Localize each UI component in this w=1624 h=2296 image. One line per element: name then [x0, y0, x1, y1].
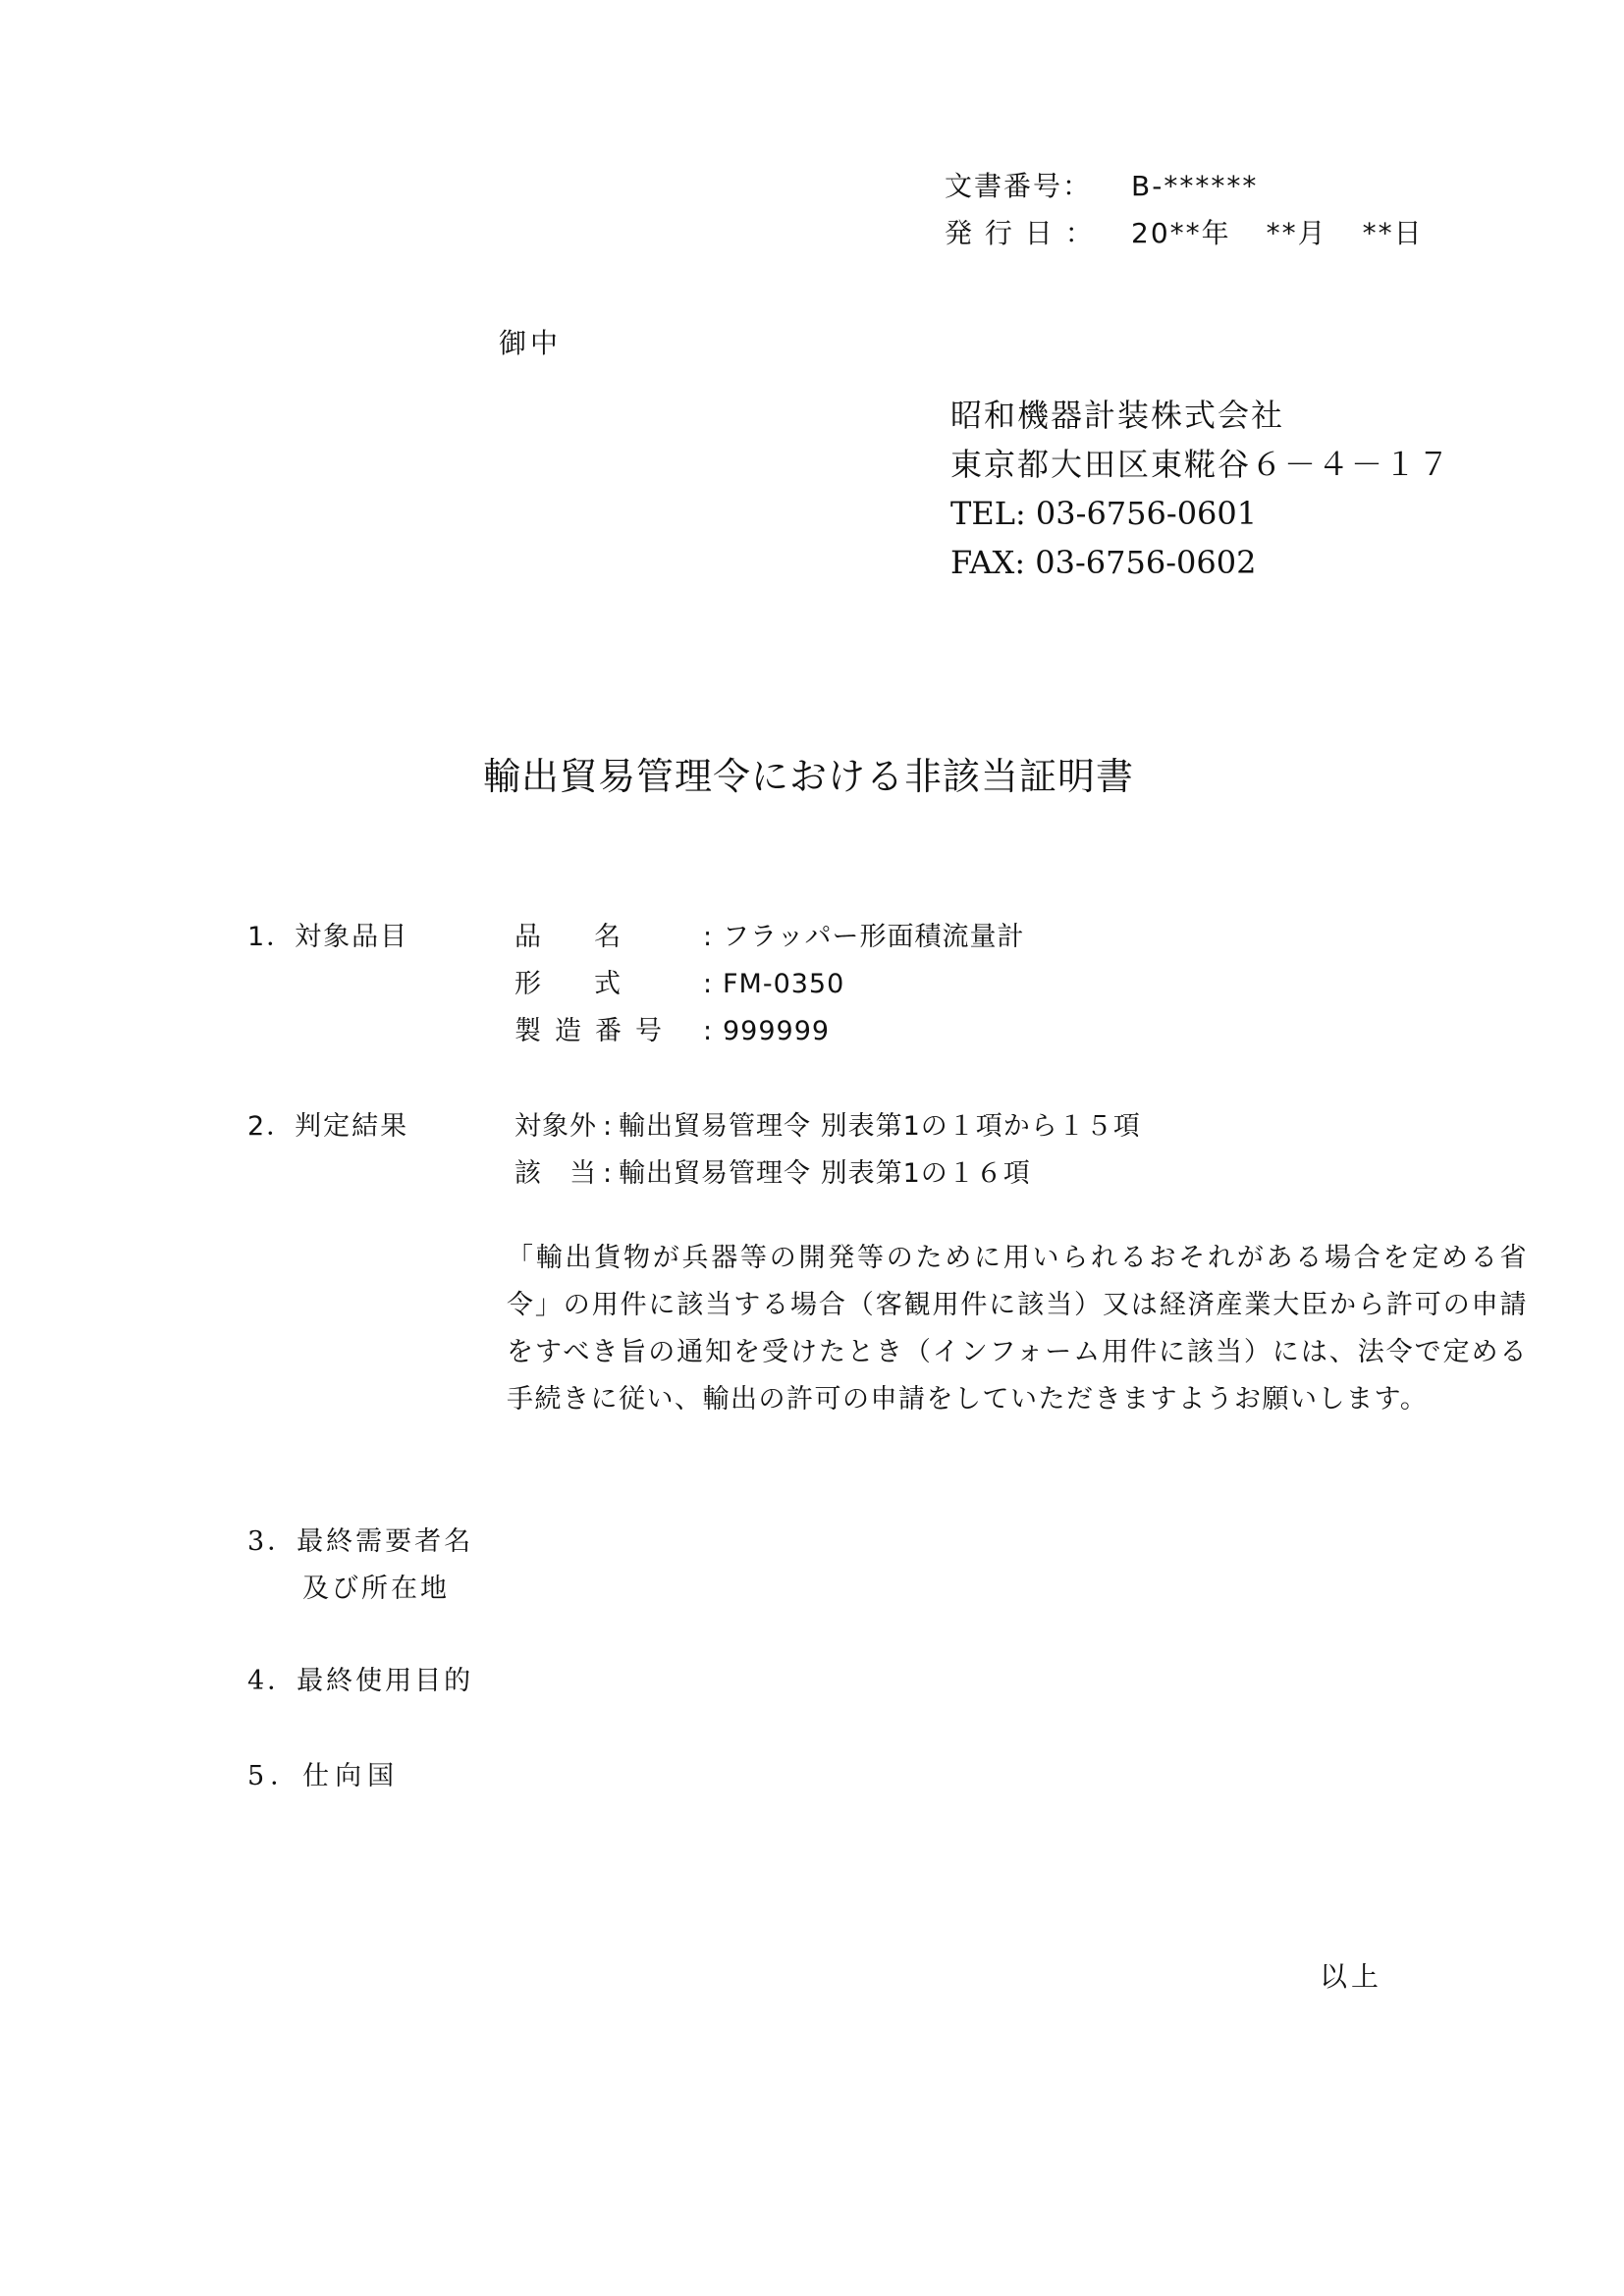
result-applicable: 該 当:輸出貿易管理令 別表第1の１６項 [514, 1151, 1031, 1190]
section-5-label: 5．仕向国 [247, 1754, 400, 1792]
section-1-label: 1．対象品目 [247, 915, 408, 953]
document-number-row: 文書番号：B-****** [945, 165, 1258, 204]
issue-date-label: 発 行 日 ： [945, 212, 1131, 251]
field-value: 999999 [723, 1016, 830, 1046]
result-note-paragraph: 「輸出貨物が兵器等の開発等のために用いられるおそれがある場合を定める省令」の用件… [507, 1235, 1528, 1423]
field-label: 品 名 [514, 915, 693, 953]
section-3-label-line2: 及び所在地 [302, 1567, 450, 1605]
document-number-label: 文書番号： [945, 165, 1131, 204]
result-label: 該 当 [514, 1158, 597, 1189]
field-label: 形 式 [514, 962, 693, 1000]
colon: : [597, 1111, 619, 1142]
issue-date-value: 20**年**月**日 [1131, 212, 1424, 251]
colon: : [597, 1158, 619, 1189]
field-value: フラッパー形面積流量計 [723, 922, 1024, 952]
issuer-company-block: 昭和機器計装株式会社 東京都大田区東糀谷６－４－１７ TEL: 03-6756-… [950, 391, 1451, 587]
field-product-name: 品 名:フラッパー形面積流量計 [514, 915, 1024, 953]
result-value: 輸出貿易管理令 別表第1の１６項 [619, 1158, 1031, 1189]
field-value: FM-0350 [723, 969, 844, 999]
company-address: 東京都大田区東糀谷６－４－１７ [950, 440, 1451, 489]
company-fax: FAX: 03-6756-0602 [950, 538, 1451, 587]
colon: : [693, 969, 723, 999]
result-not-applicable: 対象外:輸出貿易管理令 別表第1の１項から１５項 [514, 1104, 1141, 1143]
issue-date-year: 20**年 [1131, 217, 1231, 249]
issue-date-row: 発 行 日 ：20**年**月**日 [945, 212, 1424, 251]
result-label: 対象外 [514, 1111, 597, 1142]
issue-date-day: **日 [1363, 217, 1424, 249]
result-value: 輸出貿易管理令 別表第1の１項から１５項 [619, 1111, 1141, 1142]
company-tel: TEL: 03-6756-0601 [950, 489, 1451, 538]
addressee-suffix: 御中 [499, 322, 562, 361]
colon: : [693, 922, 723, 952]
section-3-label: 3．最終需要者名 [247, 1520, 473, 1558]
colon: : [693, 1016, 723, 1046]
company-name: 昭和機器計装株式会社 [950, 391, 1451, 440]
document-title: 輸出貿易管理令における非該当証明書 [483, 746, 1134, 800]
document-number-value: B-****** [1131, 170, 1258, 202]
field-serial-number: 製造番号:999999 [514, 1009, 830, 1047]
issue-date-month: **月 [1267, 217, 1327, 249]
field-label: 製造番号 [514, 1009, 693, 1047]
section-2-label: 2．判定結果 [247, 1104, 408, 1143]
closing-mark: 以上 [1320, 1955, 1382, 1995]
field-model: 形 式:FM-0350 [514, 962, 844, 1000]
section-4-label: 4．最終使用目的 [247, 1659, 473, 1697]
